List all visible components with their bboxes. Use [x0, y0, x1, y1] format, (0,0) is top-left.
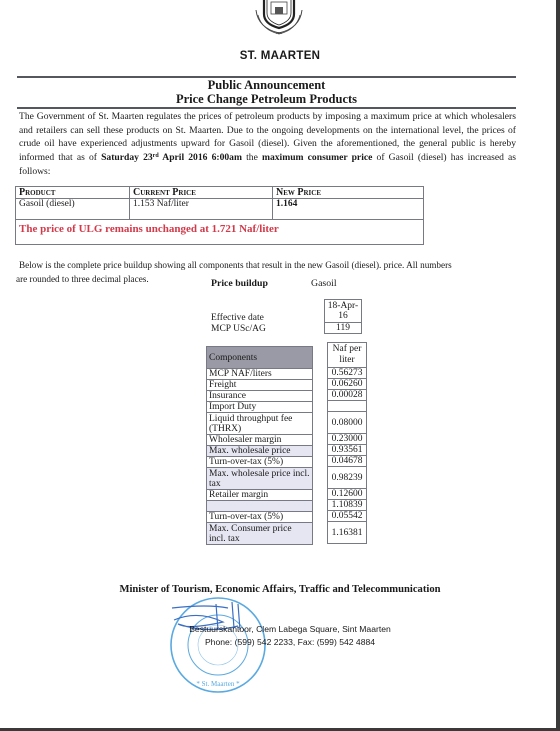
svg-text:* St. Maarten *: * St. Maarten *: [196, 680, 240, 688]
component-label: MCP NAF/liters: [207, 369, 313, 380]
component-label: Insurance: [207, 391, 313, 402]
component-value: 0.12600: [328, 489, 367, 500]
component-value: 0.04678: [328, 456, 367, 467]
component-label: Liquid throughput fee (THRX): [207, 413, 313, 435]
component-value: [328, 401, 367, 412]
table-row: Insurance: [207, 391, 313, 402]
component-value: 0.98239: [328, 467, 367, 489]
ulg-note: The price of ULG remains unchanged at 1.…: [16, 220, 424, 245]
table-row: Turn-over-tax (5%): [207, 457, 313, 468]
page-edge-right: [556, 0, 560, 731]
table-row: Freight: [207, 380, 313, 391]
component-value: 1.16381: [328, 522, 367, 544]
table-row: [207, 501, 313, 512]
header-new-price: New Price: [273, 187, 424, 199]
max-consumer-price-phrase: maximum consumer price: [262, 152, 372, 163]
bottom-divider: [17, 107, 516, 109]
table-row: Max. Consumer price incl. tax: [207, 523, 313, 545]
table-row: Max. wholesale price incl. tax: [207, 468, 313, 490]
component-label: Import Duty: [207, 402, 313, 413]
table-row: 0.04678: [328, 456, 367, 467]
component-value: 0.05542: [328, 511, 367, 522]
announcement-title: Public Announcement: [0, 78, 533, 93]
component-label: Max. wholesale price incl. tax: [207, 468, 313, 490]
announcement-subtitle: Price Change Petroleum Products: [0, 92, 533, 107]
table-row: 0.06260: [328, 379, 367, 390]
table-row: 0.98239: [328, 467, 367, 489]
mcp-label: MCP USc/AG: [211, 324, 266, 335]
table-row: 0.08000: [328, 412, 367, 434]
table-row: 0.56273: [328, 368, 367, 379]
component-label: Max. Consumer price incl. tax: [207, 523, 313, 545]
new-price-cell: 1.164: [273, 199, 424, 220]
table-row: 0.12600: [328, 489, 367, 500]
table-row: 0.00028: [328, 390, 367, 401]
svg-text:PRO: PRO: [276, 31, 283, 35]
coat-of-arms-icon: PRO: [236, 0, 322, 36]
table-row: Turn-over-tax (5%): [207, 512, 313, 523]
office-address: Bestuurskantoor, Clem Labega Square, Sin…: [0, 624, 560, 634]
table-row: Retailer margin: [207, 490, 313, 501]
price-change-table: Product Current Price New Price Gasoil (…: [15, 186, 424, 245]
table-row: Liquid throughput fee (THRX): [207, 413, 313, 435]
minister-title: Minister of Tourism, Economic Affairs, T…: [0, 584, 560, 595]
component-value: 0.56273: [328, 368, 367, 379]
components-table: Components MCP NAF/litersFreightInsuranc…: [206, 346, 313, 545]
table-row: 1.10839: [328, 500, 367, 511]
current-price-cell: 1.153 Naf/liter: [130, 199, 273, 220]
contact-phone-fax: Phone: (599) 542 2233, Fax: (599) 542 48…: [0, 637, 560, 647]
table-row: 0.05542: [328, 511, 367, 522]
product-cell: Gasoil (diesel): [16, 199, 130, 220]
effective-date: Saturday 23rd April 2016 6:00am: [101, 152, 242, 163]
component-label: Wholesaler margin: [207, 435, 313, 446]
component-value: 0.23000: [328, 434, 367, 445]
table-row: 0.23000: [328, 434, 367, 445]
table-row: Wholesaler margin: [207, 435, 313, 446]
table-row: Import Duty: [207, 402, 313, 413]
component-label: [207, 501, 313, 512]
effective-date-value: 18-Apr-16: [325, 300, 362, 323]
gasoil-column-heading: Gasoil: [311, 278, 337, 289]
buildup-intro: Below is the complete price buildup show…: [19, 259, 519, 286]
component-value: 0.06260: [328, 379, 367, 390]
country-heading: ST. MAARTEN: [0, 50, 560, 62]
table-row: 0.93561: [328, 445, 367, 456]
component-label: Turn-over-tax (5%): [207, 512, 313, 523]
price-buildup-title: Price buildup: [211, 278, 268, 289]
header-product: Product: [16, 187, 130, 199]
component-label: Freight: [207, 380, 313, 391]
table-row: Gasoil (diesel) 1.153 Naf/liter 1.164: [16, 199, 424, 220]
mcp-value: 119: [325, 323, 362, 334]
components-header: Components: [207, 347, 313, 369]
header-current-price: Current Price: [130, 187, 273, 199]
table-row: 1.16381: [328, 522, 367, 544]
intro-paragraph: The Government of St. Maarten regulates …: [19, 110, 516, 179]
component-value: 0.00028: [328, 390, 367, 401]
table-row: MCP NAF/liters: [207, 369, 313, 380]
component-label: Turn-over-tax (5%): [207, 457, 313, 468]
component-label: Max. wholesale price: [207, 446, 313, 457]
values-header: Naf perliter: [328, 343, 367, 368]
effective-date-box: 18-Apr-16 119: [324, 299, 362, 334]
component-label: Retailer margin: [207, 490, 313, 501]
component-value: 1.10839: [328, 500, 367, 511]
values-table: Naf perliter 0.562730.062600.00028 0.080…: [327, 342, 367, 544]
table-row: [328, 401, 367, 412]
table-row: Max. wholesale price: [207, 446, 313, 457]
component-value: 0.93561: [328, 445, 367, 456]
effective-date-label: Effective date: [211, 313, 264, 324]
component-value: 0.08000: [328, 412, 367, 434]
